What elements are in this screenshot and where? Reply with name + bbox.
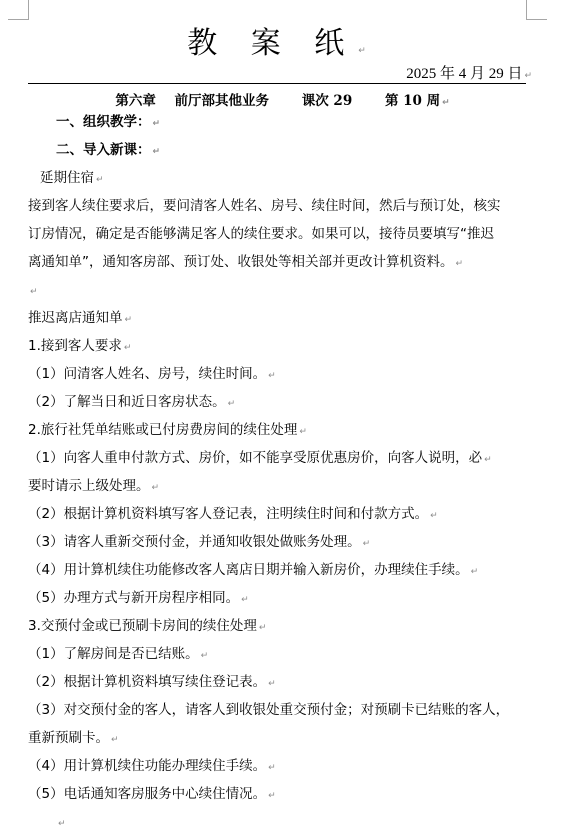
list-item: （1）向客人重申付款方式、房价，如不能享受原优惠房价，向客人说明，必↵ xyxy=(28,449,492,469)
header-rule xyxy=(28,83,526,84)
step-heading: 2.旅行社凭单结账或已付房费房间的续住处理↵ xyxy=(28,421,307,441)
step-heading: 1.接到客人要求↵ xyxy=(28,337,131,357)
intro-line: 订房情况，确定是否能够满足客人的续住要求。如果可以，接待员要填写“推迟 xyxy=(28,225,494,243)
paragraph-mark-icon: ↵ xyxy=(268,679,276,689)
paragraph-mark-icon: ↵ xyxy=(358,46,378,56)
paragraph-mark-icon: ↵ xyxy=(241,595,249,605)
list-item: （2）根据计算机资料填写客人登记表，注明续住时间和付款方式。↵ xyxy=(28,505,438,525)
paragraph-mark-icon: ↵ xyxy=(58,819,66,829)
document-title: 教 案 纸↵ xyxy=(0,18,565,62)
list-item: （4）用计算机续住功能修改客人离店日期并输入新房价，办理续住手续。↵ xyxy=(28,561,478,581)
paragraph-mark-icon: ↵ xyxy=(442,98,450,108)
paragraph-mark-icon: ↵ xyxy=(299,427,307,437)
list-item: （3）对交预付金的客人，请客人到收银处重交预付金；对预刷卡已结账的客人， xyxy=(28,701,509,719)
paragraph-mark-icon: ↵ xyxy=(228,399,236,409)
paragraph-mark-icon: ↵ xyxy=(124,343,132,353)
paragraph-mark-icon: ↵ xyxy=(153,119,161,129)
paragraph-mark-icon: ↵ xyxy=(524,71,532,81)
week-number: 第 10 周 xyxy=(385,93,440,109)
paragraph-mark-icon: ↵ xyxy=(125,315,133,325)
section-heading: 一、组织教学：↵ xyxy=(56,113,160,133)
chapter-topic: 前厅部其他业务 xyxy=(175,93,270,109)
page-corner-mark-top-right xyxy=(526,0,547,20)
paragraph-mark-icon: ↵ xyxy=(30,287,38,297)
page-corner-mark-top-left xyxy=(8,0,29,20)
paragraph-mark-icon: ↵ xyxy=(471,567,479,577)
paragraph-mark-icon: ↵ xyxy=(456,259,464,269)
empty-paragraph: ↵ xyxy=(28,281,38,301)
paragraph-mark-icon: ↵ xyxy=(268,791,276,801)
empty-paragraph: ↵ xyxy=(56,813,66,833)
paragraph-mark-icon: ↵ xyxy=(259,623,267,633)
list-item: （2）了解当日和近日客房状态。↵ xyxy=(28,393,235,413)
step-heading: 3.交预付金或已预刷卡房间的续住处理↵ xyxy=(28,617,266,637)
paragraph-mark-icon: ↵ xyxy=(96,175,104,185)
intro-line: 接到客人续住要求后，要问清客人姓名、房号、续住时间，然后与预订处，核实 xyxy=(28,197,501,215)
paragraph-mark-icon: ↵ xyxy=(201,651,209,661)
paragraph-mark-icon: ↵ xyxy=(484,455,492,465)
paragraph-mark-icon: ↵ xyxy=(430,511,438,521)
paragraph-mark-icon: ↵ xyxy=(268,371,276,381)
list-item: （5）办理方式与新开房程序相同。↵ xyxy=(28,589,249,609)
intro-line: 离通知单”，通知客房部、预订处、收银处等相关部并更改计算机资料。↵ xyxy=(28,253,463,273)
subtitle: 延期住宿↵ xyxy=(40,169,104,189)
document-date: 2025 年 4 月 29 日↵ xyxy=(406,62,532,83)
form-title: 推迟离店通知单↵ xyxy=(28,309,132,329)
paragraph-mark-icon: ↵ xyxy=(111,735,119,745)
list-item: （2）根据计算机资料填写续住登记表。↵ xyxy=(28,673,276,693)
lesson-number: 课次 29 xyxy=(302,93,353,109)
list-item: （1）问清客人姓名、房号，续住时间。↵ xyxy=(28,365,276,385)
section-heading: 二、导入新课：↵ xyxy=(56,141,160,161)
list-item-continuation: 要时请示上级处理。↵ xyxy=(28,477,159,497)
list-item: （4）用计算机续住功能办理续住手续。↵ xyxy=(28,757,276,777)
chapter-number: 第六章 xyxy=(115,93,156,109)
list-item: （1）了解房间是否已结账。↵ xyxy=(28,645,208,665)
list-item: （3）请客人重新交预付金，并通知收银处做账务处理。↵ xyxy=(28,533,370,553)
paragraph-mark-icon: ↵ xyxy=(153,147,161,157)
chapter-header: 第六章 前厅部其他业务 课次 29 第 10 周↵ xyxy=(0,89,565,109)
paragraph-mark-icon: ↵ xyxy=(268,763,276,773)
paragraph-mark-icon: ↵ xyxy=(363,539,371,549)
list-item: （5）电话通知客房服务中心续住情况。↵ xyxy=(28,785,276,805)
list-item-continuation: 重新预刷卡。↵ xyxy=(28,729,119,749)
paragraph-mark-icon: ↵ xyxy=(152,483,160,493)
